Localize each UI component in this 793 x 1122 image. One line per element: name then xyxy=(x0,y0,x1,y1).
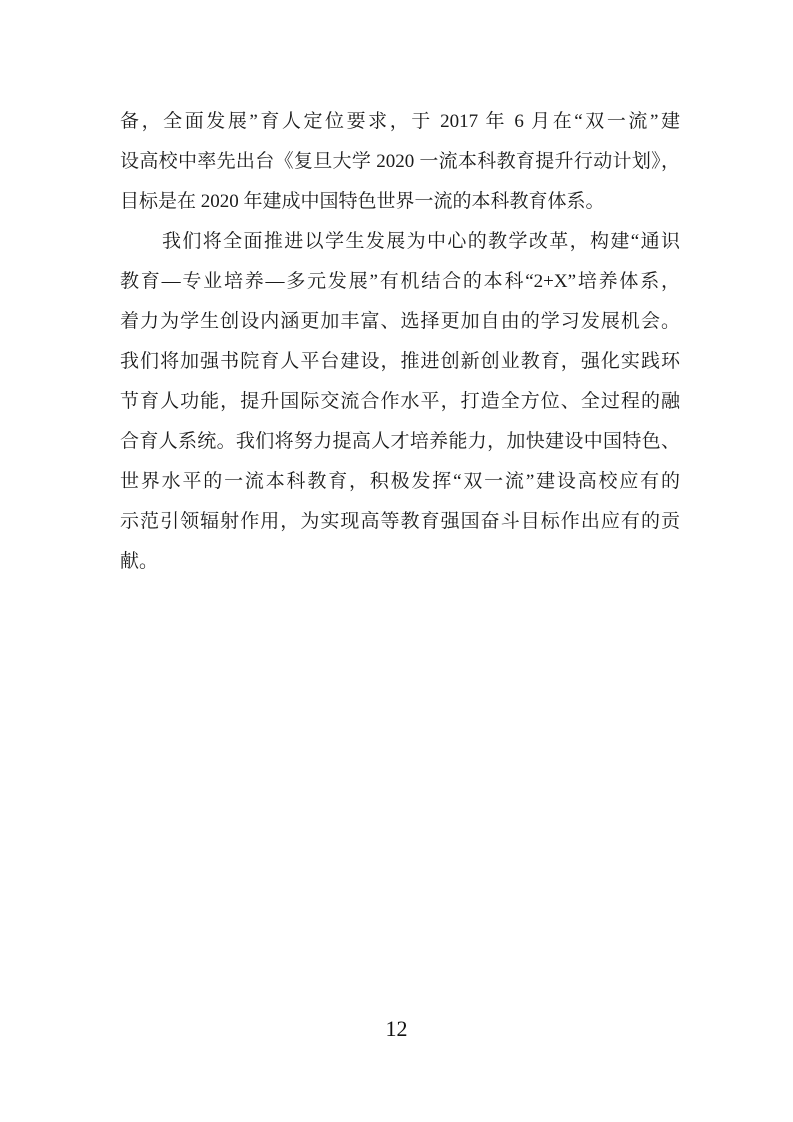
text-line: 世界水平的一流本科教育，积极发挥“双一流”建设高校应有的 xyxy=(120,462,680,502)
text-line: 节育人功能，提升国际交流合作水平，打造全方位、全过程的融 xyxy=(120,382,680,422)
text-line: 合育人系统。我们将努力提高人才培养能力，加快建设中国特色、 xyxy=(120,422,680,462)
text-line: 目标是在 2020 年建成中国特色世界一流的本科教育体系。 xyxy=(120,182,680,222)
page-number: 12 xyxy=(0,1016,793,1042)
text-line: 示范引领辐射作用，为实现高等教育强国奋斗目标作出应有的贡 xyxy=(120,502,680,542)
text-line: 着力为学生创设内涵更加丰富、选择更加自由的学习发展机会。 xyxy=(120,302,680,342)
document-page: 备，全面发展”育人定位要求，于 2017 年 6 月在“双一流”建 设高校中率先… xyxy=(0,0,793,1122)
paragraph-1: 备，全面发展”育人定位要求，于 2017 年 6 月在“双一流”建 设高校中率先… xyxy=(120,102,680,222)
text-line: 我们将加强书院育人平台建设，推进创新创业教育，强化实践环 xyxy=(120,342,680,382)
text-line: 设高校中率先出台《复旦大学 2020 一流本科教育提升行动计划》， xyxy=(120,142,680,182)
paragraph-2: 我们将全面推进以学生发展为中心的教学改革，构建“通识 教育—专业培养—多元发展”… xyxy=(120,222,680,582)
text-line: 教育—专业培养—多元发展”有机结合的本科“2+X”培养体系， xyxy=(120,262,680,302)
text-line: 献。 xyxy=(120,542,680,582)
text-line: 备，全面发展”育人定位要求，于 2017 年 6 月在“双一流”建 xyxy=(120,102,680,142)
text-block: 备，全面发展”育人定位要求，于 2017 年 6 月在“双一流”建 设高校中率先… xyxy=(120,102,680,582)
text-line: 我们将全面推进以学生发展为中心的教学改革，构建“通识 xyxy=(120,222,680,262)
